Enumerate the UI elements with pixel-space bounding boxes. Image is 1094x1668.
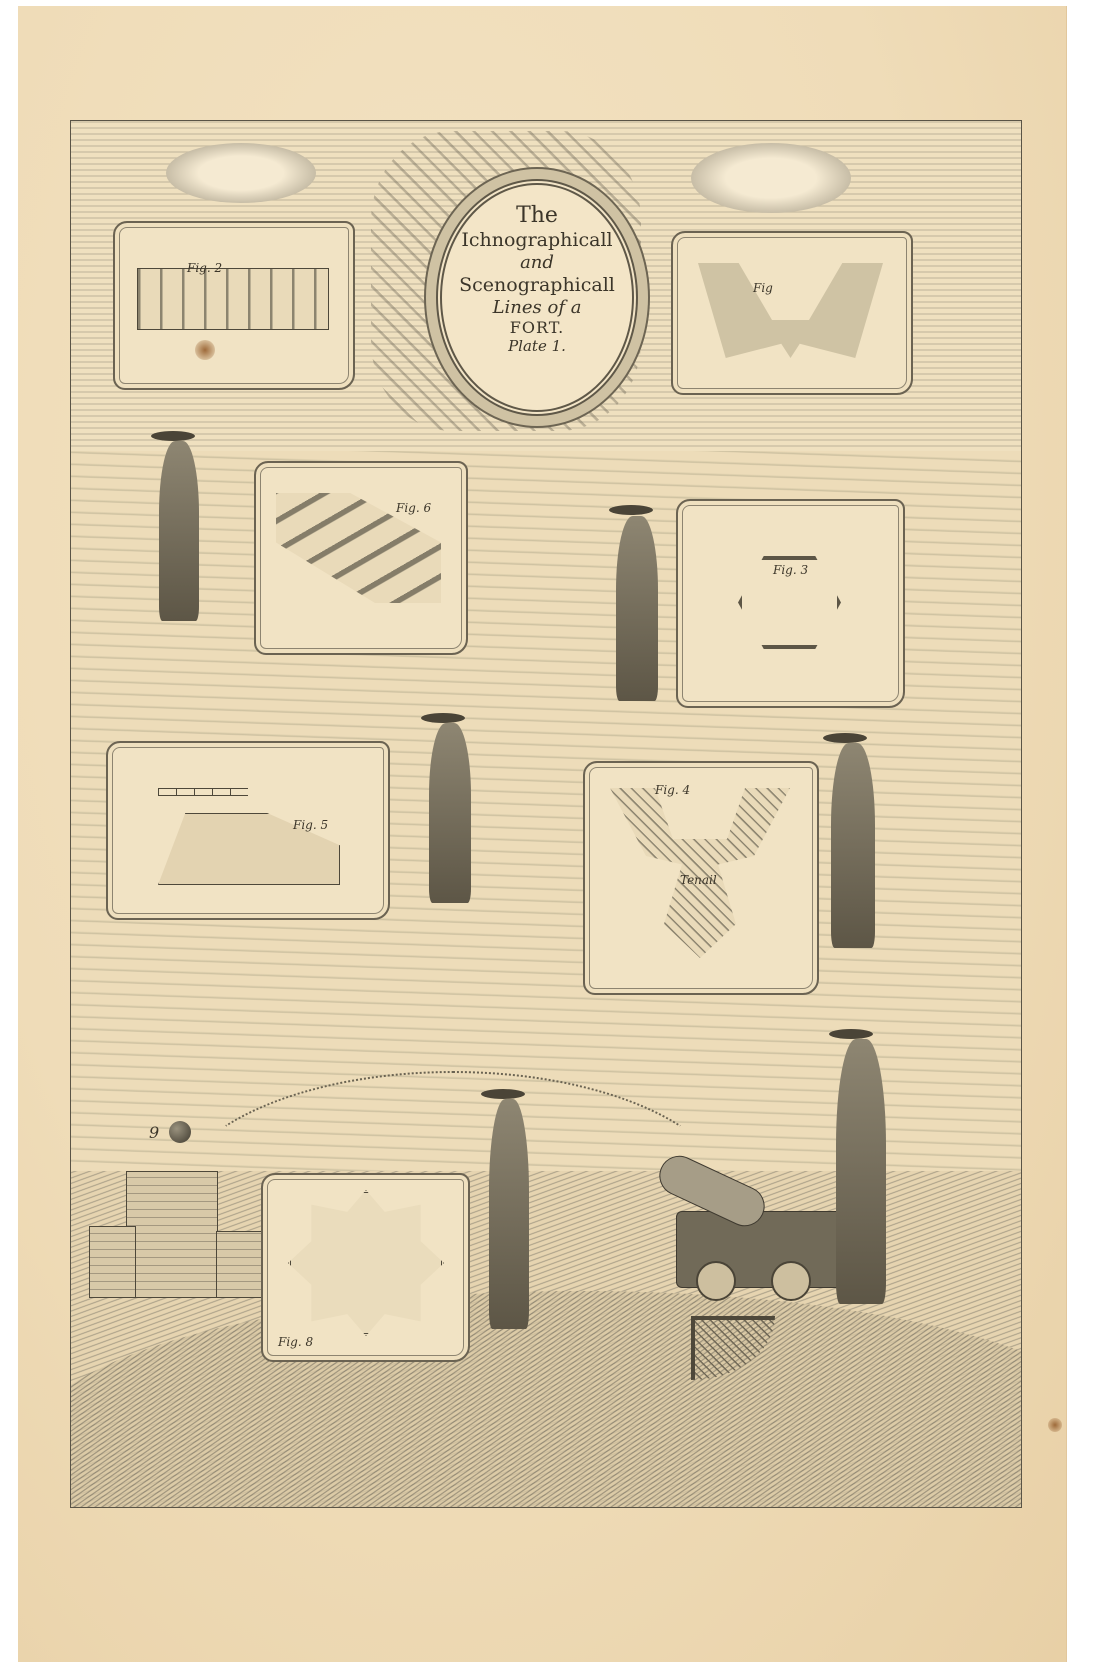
person-6 xyxy=(836,1039,886,1304)
fig8-octagon-fort-drawing xyxy=(288,1190,444,1336)
trajectory-label-9: 9 xyxy=(149,1123,159,1142)
title-line-5: Lines of a xyxy=(442,297,632,319)
cherub-right xyxy=(691,143,851,213)
title-line-3: and xyxy=(442,252,632,274)
cannon-wheel-right xyxy=(771,1261,811,1301)
fig2-profile-drawing xyxy=(137,268,329,330)
fig2-label: Fig. 2 xyxy=(187,261,222,275)
fig8-label: Fig. 8 xyxy=(278,1335,313,1349)
title-cartouche: The Ichnographicall and Scenographicall … xyxy=(436,179,638,416)
fig1-scroll: Fig xyxy=(671,231,913,395)
fig1-label: Fig xyxy=(753,281,773,295)
person-4-hat xyxy=(823,733,867,743)
fig6-scroll: Fig. 6 xyxy=(254,461,468,655)
fig2-scroll: Fig. 2 xyxy=(113,221,355,390)
title-line-6: FORT. xyxy=(442,318,632,337)
title-line-2: Ichnographicall xyxy=(442,229,632,252)
person-1 xyxy=(159,441,199,621)
person-4 xyxy=(831,743,875,948)
fig4-tenail-label: Tenail xyxy=(680,873,717,887)
castle-turret xyxy=(89,1226,136,1298)
fig3-label: Fig. 3 xyxy=(773,563,808,577)
cherub-left xyxy=(166,143,316,203)
fig4-scroll: Fig. 4 Tenail xyxy=(583,761,819,995)
person-5 xyxy=(489,1099,529,1329)
person-1-hat xyxy=(151,431,195,441)
title-line-1: The xyxy=(442,203,632,229)
fig8-scroll: Fig. 8 xyxy=(261,1173,470,1362)
person-3 xyxy=(429,723,471,903)
person-6-hat xyxy=(829,1029,873,1039)
castle-tower xyxy=(126,1171,218,1298)
foxing-stain xyxy=(195,340,215,360)
person-2-hat xyxy=(609,505,653,515)
title-line-4: Scenographicall xyxy=(442,274,632,297)
fig4-label: Fig. 4 xyxy=(655,783,690,797)
fig5-scale-bar xyxy=(158,788,248,796)
cannonball xyxy=(169,1121,191,1143)
fig5-label: Fig. 5 xyxy=(293,818,328,832)
fig6-label: Fig. 6 xyxy=(396,501,431,515)
engraved-plate: The Ichnographicall and Scenographicall … xyxy=(70,120,1022,1508)
fig3-scroll: Fig. 3 xyxy=(676,499,905,708)
person-5-hat xyxy=(481,1089,525,1099)
fig1-bastion-drawing xyxy=(698,263,883,358)
fig5-scroll: Fig. 5 xyxy=(106,741,390,920)
foxing-stain-edge xyxy=(1048,1418,1062,1432)
person-2 xyxy=(616,516,658,701)
person-3-hat xyxy=(421,713,465,723)
title-line-7: Plate 1. xyxy=(442,337,632,355)
cannon-wheel-left xyxy=(696,1261,736,1301)
